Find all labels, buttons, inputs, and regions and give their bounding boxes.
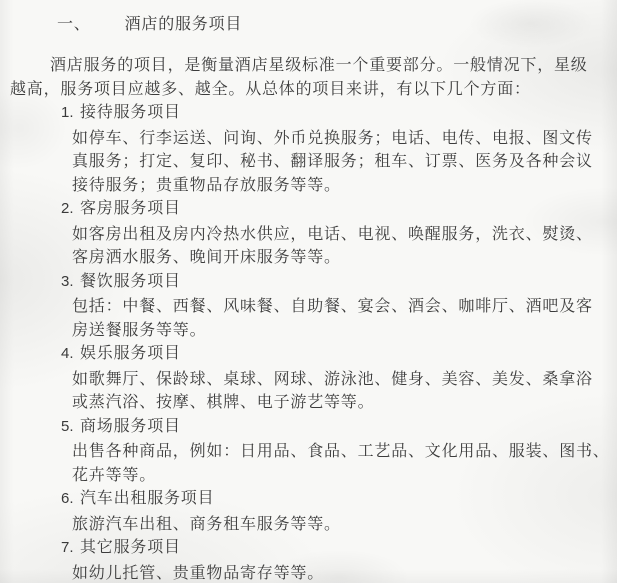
- item-body-line: 客房洒水服务、晚间开床服务等等。: [72, 246, 607, 270]
- item-number: 1.: [61, 101, 75, 125]
- item-body-line: 接待服务；贵重物品存放服务等等。: [72, 174, 607, 198]
- item-body-line: 出售各种商品，例如：日用品、食品、工艺品、文化用品、服装、图书、: [72, 440, 607, 464]
- list-item-6: 6.汽车出租服务项目 旅游汽车出租、商务租车服务等等。: [10, 487, 607, 536]
- item-header: 3.餐饮服务项目: [10, 270, 607, 294]
- item-header: 6.汽车出租服务项目: [10, 487, 607, 511]
- item-title: 娱乐服务项目: [80, 345, 181, 362]
- intro-line: 酒店服务的项目，是衡量酒店星级标准一个重要部分。一般情况下，星级: [10, 54, 607, 78]
- list-item-7: 7.其它服务项目 如幼儿托管、贵重物品寄存等等。: [10, 536, 607, 583]
- item-number: 2.: [61, 197, 75, 221]
- item-body: 包括：中餐、西餐、风味餐、自助餐、宴会、酒会、咖啡厅、酒吧及客 房送餐服务等等。: [10, 295, 607, 342]
- item-body-line: 旅游汽车出租、商务租车服务等等。: [72, 513, 607, 537]
- item-number: 7.: [61, 536, 75, 560]
- item-title: 汽车出租服务项目: [80, 490, 214, 507]
- item-body: 如客房出租及房内冷热水供应，电话、电视、唤醒服务，洗衣、熨烫、 客房洒水服务、晚…: [10, 223, 607, 270]
- list-item-3: 3.餐饮服务项目 包括：中餐、西餐、风味餐、自助餐、宴会、酒会、咖啡厅、酒吧及客…: [10, 270, 607, 343]
- list-item-4: 4.娱乐服务项目 如歌舞厅、保龄球、桌球、网球、游泳池、健身、美容、美发、桑拿浴…: [10, 342, 607, 415]
- item-title: 餐饮服务项目: [80, 273, 181, 290]
- item-body-line: 如幼儿托管、贵重物品寄存等等。: [72, 562, 607, 583]
- item-body: 如幼儿托管、贵重物品寄存等等。: [10, 562, 607, 583]
- item-body-line: 包括：中餐、西餐、风味餐、自助餐、宴会、酒会、咖啡厅、酒吧及客: [72, 295, 607, 319]
- item-body-line: 如停车、行李运送、问询、外币兑换服务；电话、电传、电报、图文传: [72, 127, 607, 151]
- list-item-5: 5.商场服务项目 出售各种商品，例如：日用品、食品、工艺品、文化用品、服装、图书…: [10, 415, 607, 488]
- intro-line: 越高，服务项目应越多、越全。从总体的项目来讲，有以下几个方面：: [10, 78, 607, 102]
- item-body: 出售各种商品，例如：日用品、食品、工艺品、文化用品、服装、图书、 花卉等等。: [10, 440, 607, 487]
- item-header: 2.客房服务项目: [10, 197, 607, 221]
- item-body-line: 房送餐服务等等。: [72, 319, 607, 343]
- item-title: 接待服务项目: [80, 104, 181, 121]
- item-number: 3.: [61, 270, 75, 294]
- document-page: 一、酒店的服务项目 酒店服务的项目，是衡量酒店星级标准一个重要部分。一般情况下，…: [0, 0, 617, 583]
- item-header: 4.娱乐服务项目: [10, 342, 607, 366]
- item-body-line: 真服务；打定、复印、秘书、翻译服务；租车、订票、医务及各种会议: [72, 150, 607, 174]
- item-title: 商场服务项目: [80, 418, 181, 435]
- item-body: 旅游汽车出租、商务租车服务等等。: [10, 513, 607, 537]
- list-item-2: 2.客房服务项目 如客房出租及房内冷热水供应，电话、电视、唤醒服务，洗衣、熨烫、…: [10, 197, 607, 270]
- item-title: 客房服务项目: [80, 200, 181, 217]
- item-body-line: 或蒸汽浴、按摩、棋牌、电子游艺等等。: [72, 391, 607, 415]
- item-body-line: 花卉等等。: [72, 464, 607, 488]
- item-header: 1.接待服务项目: [10, 101, 607, 125]
- item-number: 6.: [61, 487, 75, 511]
- item-header: 5.商场服务项目: [10, 415, 607, 439]
- item-number: 5.: [61, 415, 75, 439]
- section-heading-title: 酒店的服务项目: [125, 13, 243, 37]
- section-heading-number: 一、: [57, 13, 91, 37]
- item-body: 如歌舞厅、保龄球、桌球、网球、游泳池、健身、美容、美发、桑拿浴 或蒸汽浴、按摩、…: [10, 368, 607, 415]
- item-body-line: 如客房出租及房内冷热水供应，电话、电视、唤醒服务，洗衣、熨烫、: [72, 223, 607, 247]
- list-item-1: 1.接待服务项目 如停车、行李运送、问询、外币兑换服务；电话、电传、电报、图文传…: [10, 101, 607, 197]
- item-title: 其它服务项目: [80, 539, 181, 556]
- item-body-line: 如歌舞厅、保龄球、桌球、网球、游泳池、健身、美容、美发、桑拿浴: [72, 368, 607, 392]
- intro-paragraph: 酒店服务的项目，是衡量酒店星级标准一个重要部分。一般情况下，星级 越高，服务项目…: [10, 54, 607, 101]
- item-number: 4.: [61, 342, 75, 366]
- item-body: 如停车、行李运送、问询、外币兑换服务；电话、电传、电报、图文传 真服务；打定、复…: [10, 127, 607, 198]
- section-heading: 一、酒店的服务项目: [57, 13, 607, 37]
- item-header: 7.其它服务项目: [10, 536, 607, 560]
